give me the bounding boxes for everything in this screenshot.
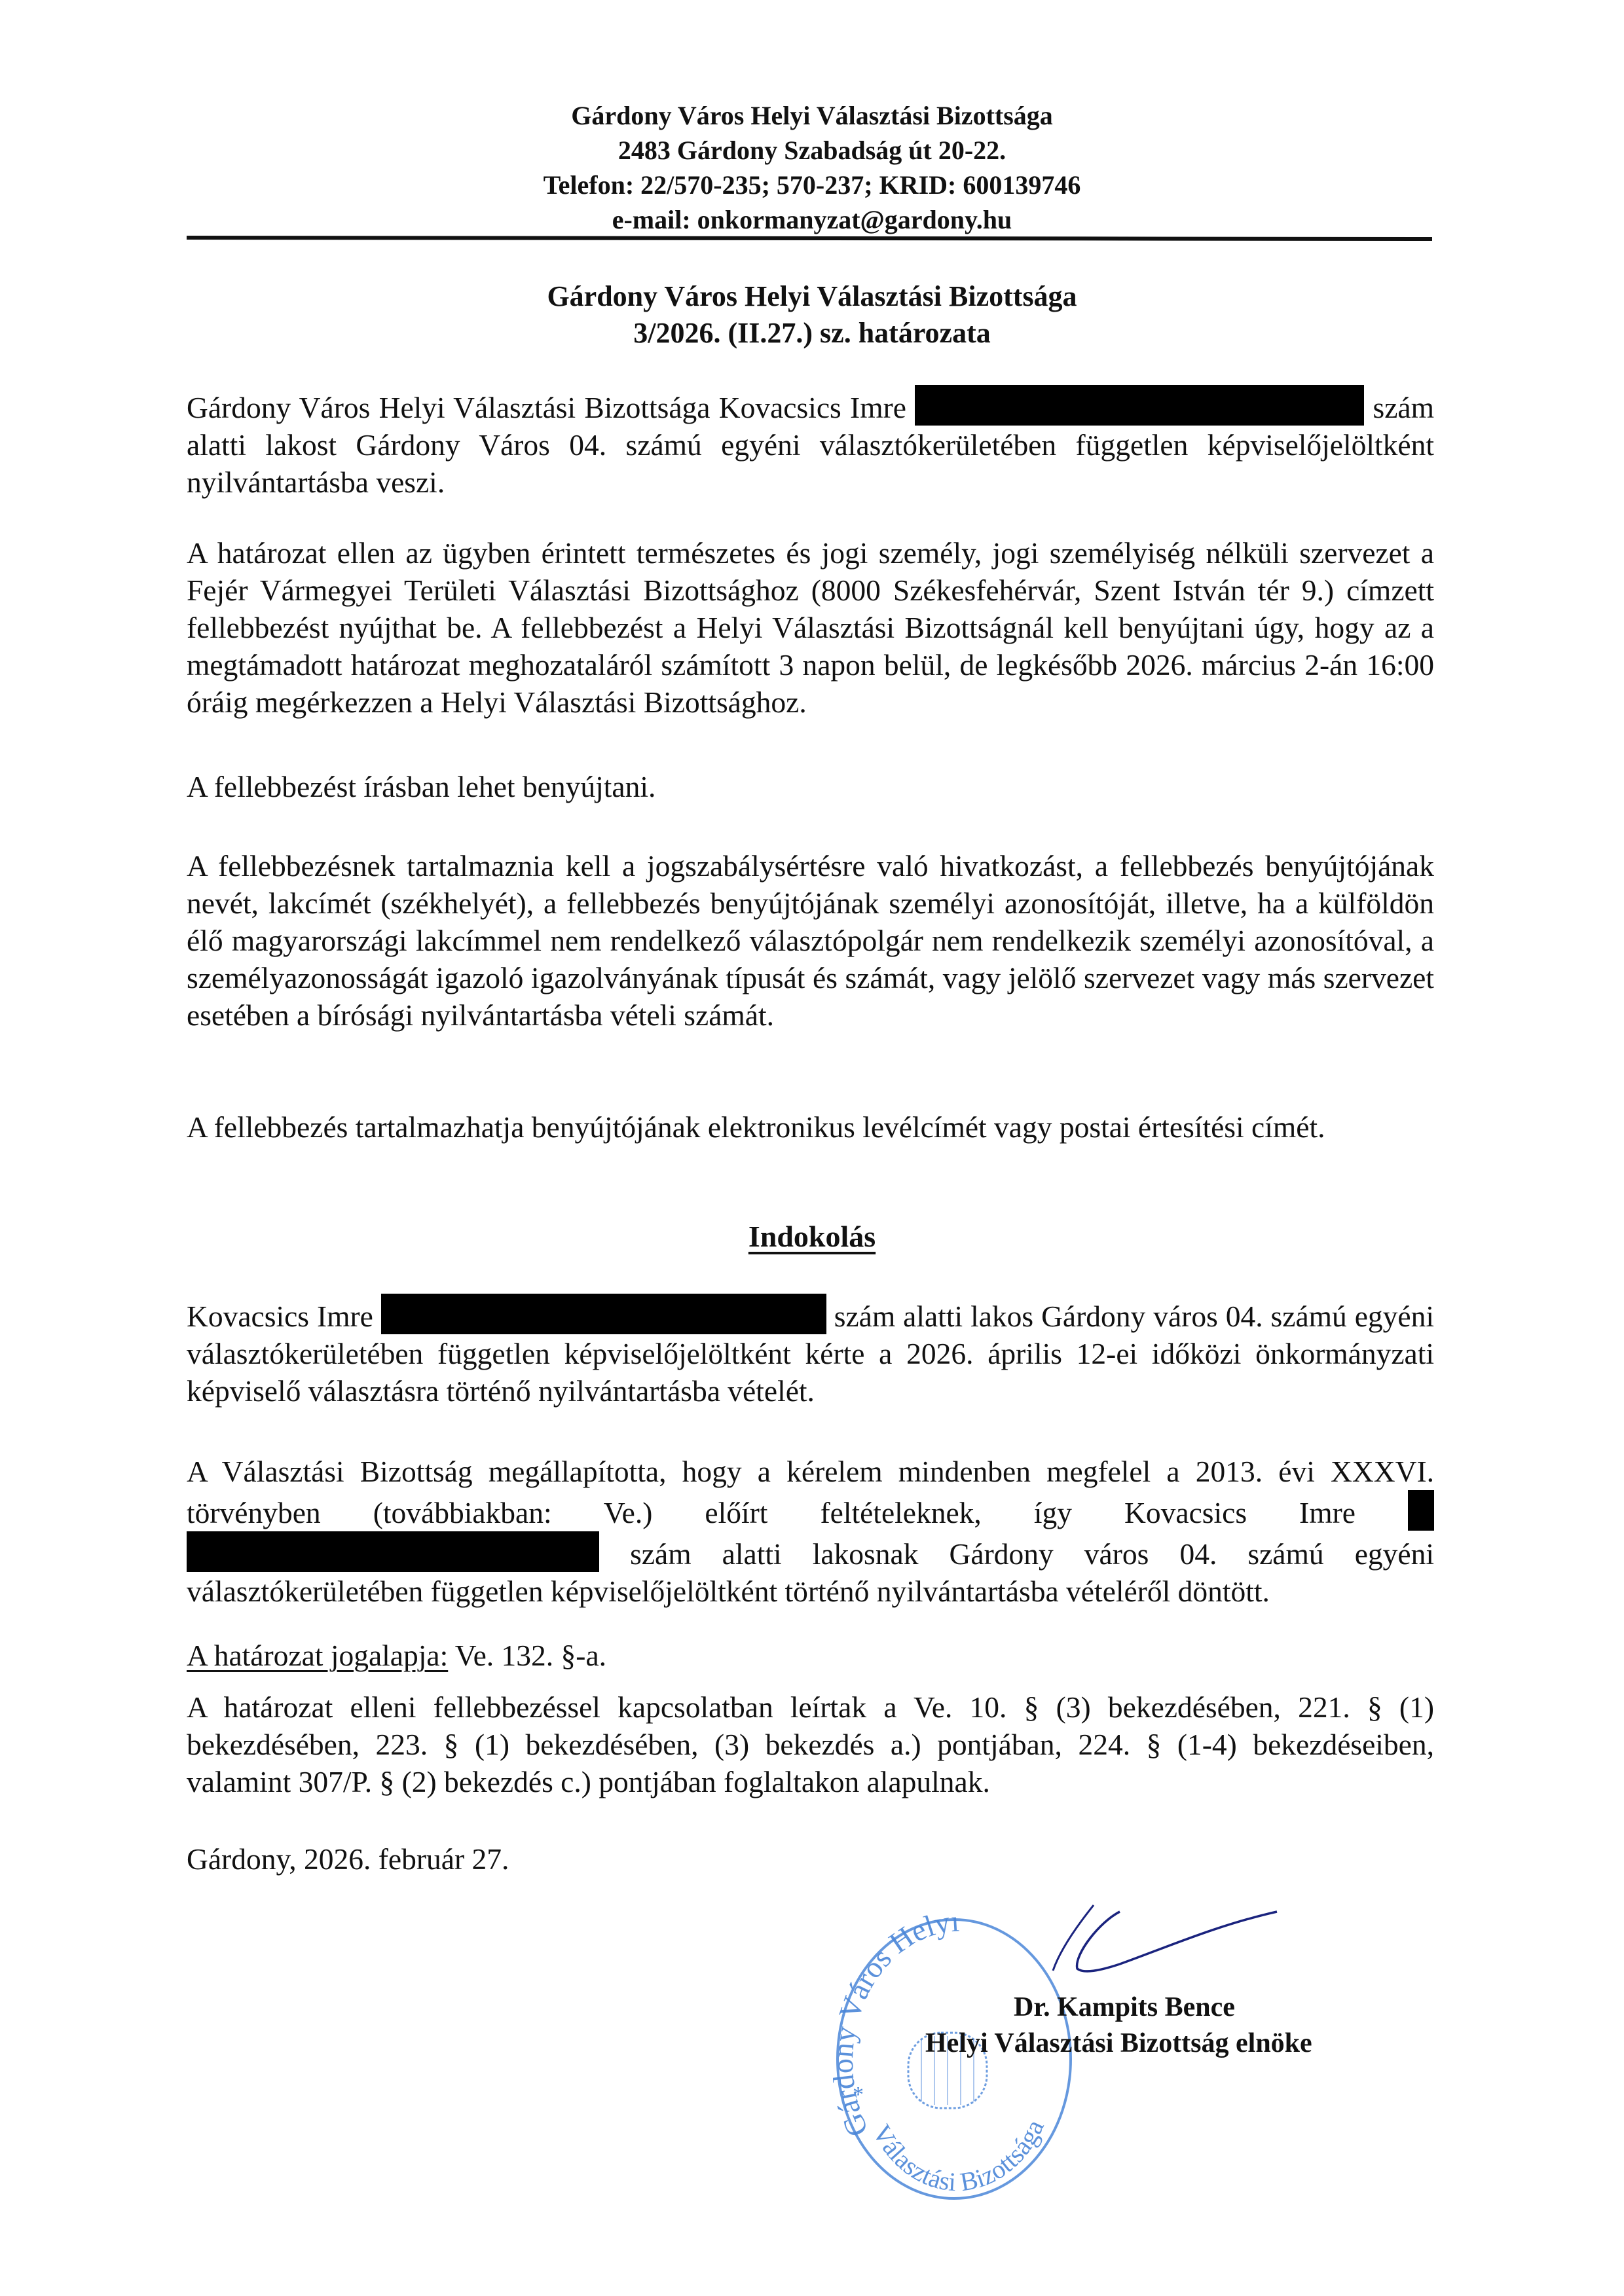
title-line-2: 3/2026. (II.27.) sz. határozata xyxy=(0,315,1624,352)
letterhead-address: 2483 Gárdony Szabadság út 20-22. xyxy=(0,133,1624,168)
reasoning-paragraph-1: Kovacsics Imre szám alatti lakos Gárdony… xyxy=(187,1294,1434,1410)
appeal-content-paragraph: A fellebbezésnek tartalmaznia kell a jog… xyxy=(187,847,1434,1034)
reasoning-paragraph-2: A Választási Bizottság megállapította, h… xyxy=(187,1453,1434,1610)
date-line: Gárdony, 2026. február 27. xyxy=(187,1840,1434,1878)
reasoning-heading: Indokolás xyxy=(0,1219,1624,1254)
signatory-position: Helyi Választási Bizottság elnöke xyxy=(925,2025,1312,2062)
appeal-written-paragraph: A fellebbezést írásban lehet benyújtani. xyxy=(187,768,1434,805)
letterhead-email: e-mail: onkormanyzat@gardony.hu xyxy=(0,202,1624,237)
handwritten-signature-icon xyxy=(1041,1902,1290,1980)
legal-basis-value: Ve. 132. §-a. xyxy=(455,1639,606,1672)
letterhead-phone: Telefon: 22/570-235; 570-237; KRID: 6001… xyxy=(0,168,1624,202)
letterhead: Gárdony Város Helyi Választási Bizottság… xyxy=(0,98,1624,237)
reasoning-paragraph-3: A határozat elleni fellebbezéssel kapcso… xyxy=(187,1688,1434,1800)
appeal-optional-paragraph: A fellebbezés tartalmazhatja benyújtóján… xyxy=(187,1108,1434,1146)
reasoning-text: A Választási Bizottság megállapította, h… xyxy=(187,1455,1434,1529)
legal-basis-label: A határozat jogalapja: xyxy=(187,1639,448,1672)
redacted-address xyxy=(381,1294,826,1334)
appeal-paragraph: A határozat ellen az ügyben érintett ter… xyxy=(187,534,1434,721)
redacted-address-part-1 xyxy=(1408,1490,1434,1531)
title-line-1: Gárdony Város Helyi Választási Bizottság… xyxy=(0,278,1624,315)
letterhead-organization: Gárdony Város Helyi Választási Bizottság… xyxy=(0,98,1624,133)
signatory-name: Dr. Kampits Bence xyxy=(1014,1989,1235,2026)
svg-text:Választási Bizottsága: Választási Bizottsága xyxy=(867,2115,1050,2196)
stamp-text-bottom: Választási Bizottsága xyxy=(867,2115,1050,2196)
svg-text:*: * xyxy=(853,2083,864,2107)
redacted-address-part-2 xyxy=(187,1531,599,1572)
reasoning-text: Kovacsics Imre xyxy=(187,1300,373,1333)
decision-paragraph-1: Gárdony Város Helyi Választási Bizottság… xyxy=(187,385,1434,501)
legal-basis: A határozat jogalapja: Ve. 132. §-a. xyxy=(187,1637,1434,1674)
document-title: Gárdony Város Helyi Választási Bizottság… xyxy=(0,278,1624,352)
letterhead-divider xyxy=(187,236,1432,241)
decision-text: Gárdony Város Helyi Választási Bizottság… xyxy=(187,391,906,424)
redacted-address xyxy=(915,385,1364,426)
